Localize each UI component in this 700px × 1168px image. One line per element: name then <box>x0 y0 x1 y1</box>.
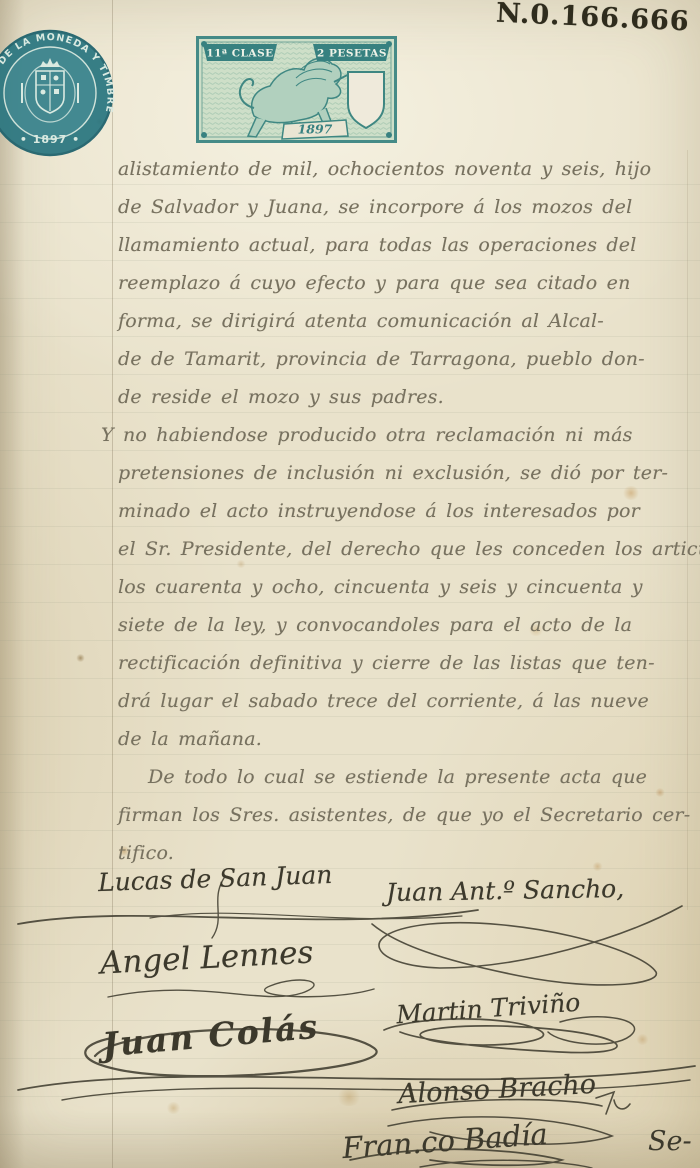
text-line: reemplazo á cuyo efecto y para que sea c… <box>118 264 692 302</box>
paragraph-2: Y no habiendose producido otra reclamaci… <box>118 416 692 758</box>
text-line: rectificación definitiva y cierre de las… <box>118 644 692 682</box>
text-line: minado el acto instruyendose á los inter… <box>118 492 692 530</box>
text-line: de Salvador y Juana, se incorpore á los … <box>118 188 692 226</box>
text-line: el Sr. Presidente, del derecho que les c… <box>118 530 692 568</box>
serial-number: N.0.166.666 <box>496 0 691 37</box>
text-line: de la mañana. <box>118 720 692 758</box>
foxing-spot <box>336 1088 362 1106</box>
left-margin-crease <box>112 0 113 1168</box>
text-line: De todo lo cual se estiende la presente … <box>118 758 692 796</box>
shield-emblem <box>348 72 384 128</box>
signature-angel-lennes: Angel Lennes <box>99 934 314 981</box>
stamp-class-label: 11ª CLASE <box>206 48 273 60</box>
revenue-stamp: 11ª CLASE 2 PESETAS 1897 <box>196 36 397 143</box>
signature-juan-colas: Juan Colás <box>101 1007 321 1065</box>
catchword: Se- <box>648 1126 692 1157</box>
signature-martin-trivino: Martin Triviño <box>395 988 581 1030</box>
text-line: de de Tamarit, provincia de Tarragona, p… <box>118 340 692 378</box>
foxing-spot <box>636 1034 649 1045</box>
document-page: { "page": { "serial_number": "N.0.166.66… <box>0 0 700 1168</box>
signature-alonso-bracho: Alonso Bracho <box>397 1069 596 1110</box>
text-line: alistamiento de mil, ochocientos noventa… <box>118 150 692 188</box>
text-line: Y no habiendose producido otra reclamaci… <box>101 416 692 454</box>
stamp-year: 1897 <box>298 122 333 137</box>
foxing-spot <box>166 1102 181 1114</box>
paragraph-3: De todo lo cual se estiende la presente … <box>118 758 692 872</box>
text-line: pretensiones de inclusión ni exclusión, … <box>118 454 692 492</box>
text-line: forma, se dirigirá atenta comunicación a… <box>118 302 692 340</box>
seal-year: • 1897 • <box>20 133 80 146</box>
text-line: los cuarenta y ocho, cincuenta y seis y … <box>118 568 692 606</box>
stamp-value-label: 2 PESETAS <box>317 48 387 60</box>
text-line: siete de la ley, y convocandoles para el… <box>118 606 692 644</box>
paragraph-1: alistamiento de mil, ochocientos noventa… <box>118 150 692 416</box>
text-line: firman los Sres. asistentes, de que yo e… <box>118 796 692 834</box>
signature-francisco-badia: Fran.co Badía <box>341 1117 549 1165</box>
manuscript-body: alistamiento de mil, ochocientos noventa… <box>118 150 692 872</box>
text-line: drá lugar el sabado trece del corriente,… <box>118 682 692 720</box>
mint-seal: FAB.CA DE LA MONEDA Y TIMBRE • 1897 • <box>0 27 116 159</box>
signature-juan-antonio-sancho: Juan Ant.º Sancho, <box>386 874 625 907</box>
signature-flourishes <box>0 860 700 1168</box>
foxing-spot <box>76 654 85 662</box>
text-line: de reside el mozo y sus padres. <box>118 378 692 416</box>
text-line: llamamiento actual, para todas las opera… <box>118 226 692 264</box>
